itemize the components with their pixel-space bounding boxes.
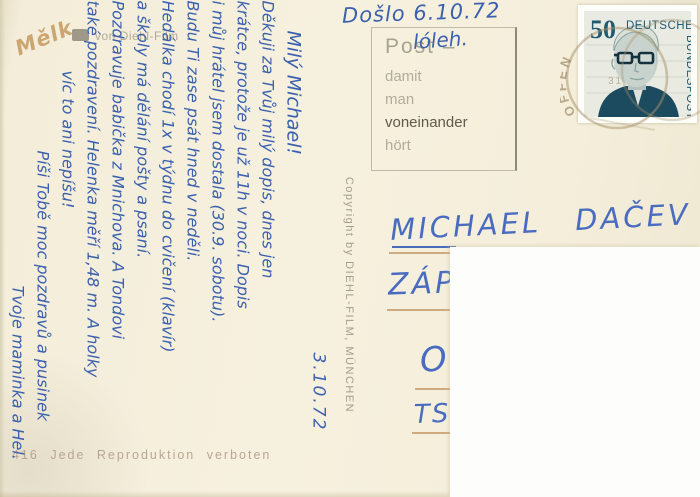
postcard-back: 3.10.72 Milý Michael! Děkuji za Tvůj mil… (0, 0, 700, 497)
received-note-2: lóleh. (412, 26, 468, 54)
stamp-country-1: DEUTSCHE (626, 20, 691, 32)
stamp-portrait-graphic: 50 DEUTSCHE BUNDESPOST (584, 11, 691, 117)
message-line: Budu Ti zase psát hned v neděli. (181, 1, 206, 497)
message-line: i můj hrátel jsem dostala (30.9. sobotu)… (206, 1, 231, 497)
address-underline (392, 246, 456, 248)
message-body: Děkuji za Tvůj milý dopis, dnes jenkrátc… (6, 1, 281, 497)
address-rule-1 (389, 252, 457, 254)
slogan-line-2: damit (385, 65, 515, 88)
stamp-face: 50 DEUTSCHE BUNDESPOST (584, 11, 691, 117)
scan-blank-area (450, 247, 700, 497)
slogan-line-4: voneinander (385, 111, 515, 134)
postage-stamp: 50 DEUTSCHE BUNDESPOST (578, 5, 697, 123)
received-date-note: Došlo 6.10.72 (342, 0, 501, 28)
message-line: krátce, protože je už 11h v noci. Dopis (231, 1, 256, 497)
slogan-line-3: man (385, 88, 515, 111)
message-line: Hedálka chodí 1x v týdnu do cvičení (kla… (156, 1, 181, 497)
stamp-value: 50 (590, 15, 616, 44)
postmark-town: OFFEN (560, 52, 578, 119)
message-date: 3.10.72 (306, 353, 331, 497)
message-line: víc to ani nepíšu! (56, 71, 81, 497)
message-line: také pozdravení. Helenka měří 1,48 m. A … (81, 1, 106, 497)
message-line: Pozdravuje babička z Mnichova. A Tondovi (106, 1, 131, 497)
address-rule-2 (387, 309, 457, 311)
message-line: a školy má dělání pošty a psaní. (131, 1, 156, 497)
address-city: O (419, 339, 448, 381)
message-line: Tvoje maminka a Hel. (6, 286, 31, 497)
address-name: MICHAEL DAČEV (389, 197, 691, 247)
message-salutation: Milý Michael! (281, 31, 306, 497)
handwritten-message: 3.10.72 Milý Michael! Děkuji za Tvůj mil… (1, 1, 331, 497)
message-line: Děkuji za Tvůj milý dopis, dnes jen (256, 1, 281, 497)
svg-text:OFFEN: OFFEN (560, 52, 578, 119)
copyright-line: Copyright by DIEHL-FILM, MÜNCHEN (339, 125, 355, 465)
slogan-line-5: hört (385, 134, 515, 157)
stamp-country-2: BUNDESPOST (684, 35, 691, 117)
message-line: Píši Tobě moc pozdravů a pusinek (31, 151, 56, 497)
